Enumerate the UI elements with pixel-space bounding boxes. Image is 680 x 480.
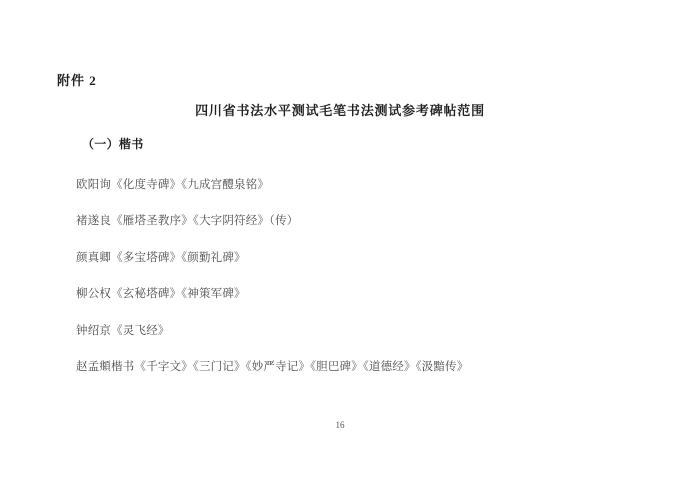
section-heading-regular-script: （一）楷书 (82, 135, 144, 152)
entry-line-ouyangxun: 欧阳询《化度寺碑》《九成宫醴泉铭》 (76, 179, 269, 192)
entry-line-liugongquan: 柳公权《玄秘塔碑》《神策军碑》 (76, 288, 246, 301)
entry-line-chusuiliang: 褚遂良《雁塔圣教序》《大字阴符经》（传） (76, 215, 299, 228)
page-number: 16 (0, 420, 680, 430)
entry-line-yanzhenqing: 颜真卿《多宝塔碑》《颜勤礼碑》 (76, 252, 246, 265)
entry-line-zhongshaojing: 钟绍京《灵飞经》 (76, 325, 170, 338)
entry-line-zhaomengfu: 赵孟頫楷书《千字文》《三门记》《妙严寺记》《胆巴碑》《道德经》《汲黯传》 (76, 361, 468, 374)
document-page: 附件 2 四川省书法水平测试毛笔书法测试参考碑帖范围 （一）楷书 欧阳询《化度寺… (0, 0, 680, 480)
attachment-label: 附件 2 (57, 70, 97, 89)
document-title: 四川省书法水平测试毛笔书法测试参考碑帖范围 (0, 100, 680, 119)
